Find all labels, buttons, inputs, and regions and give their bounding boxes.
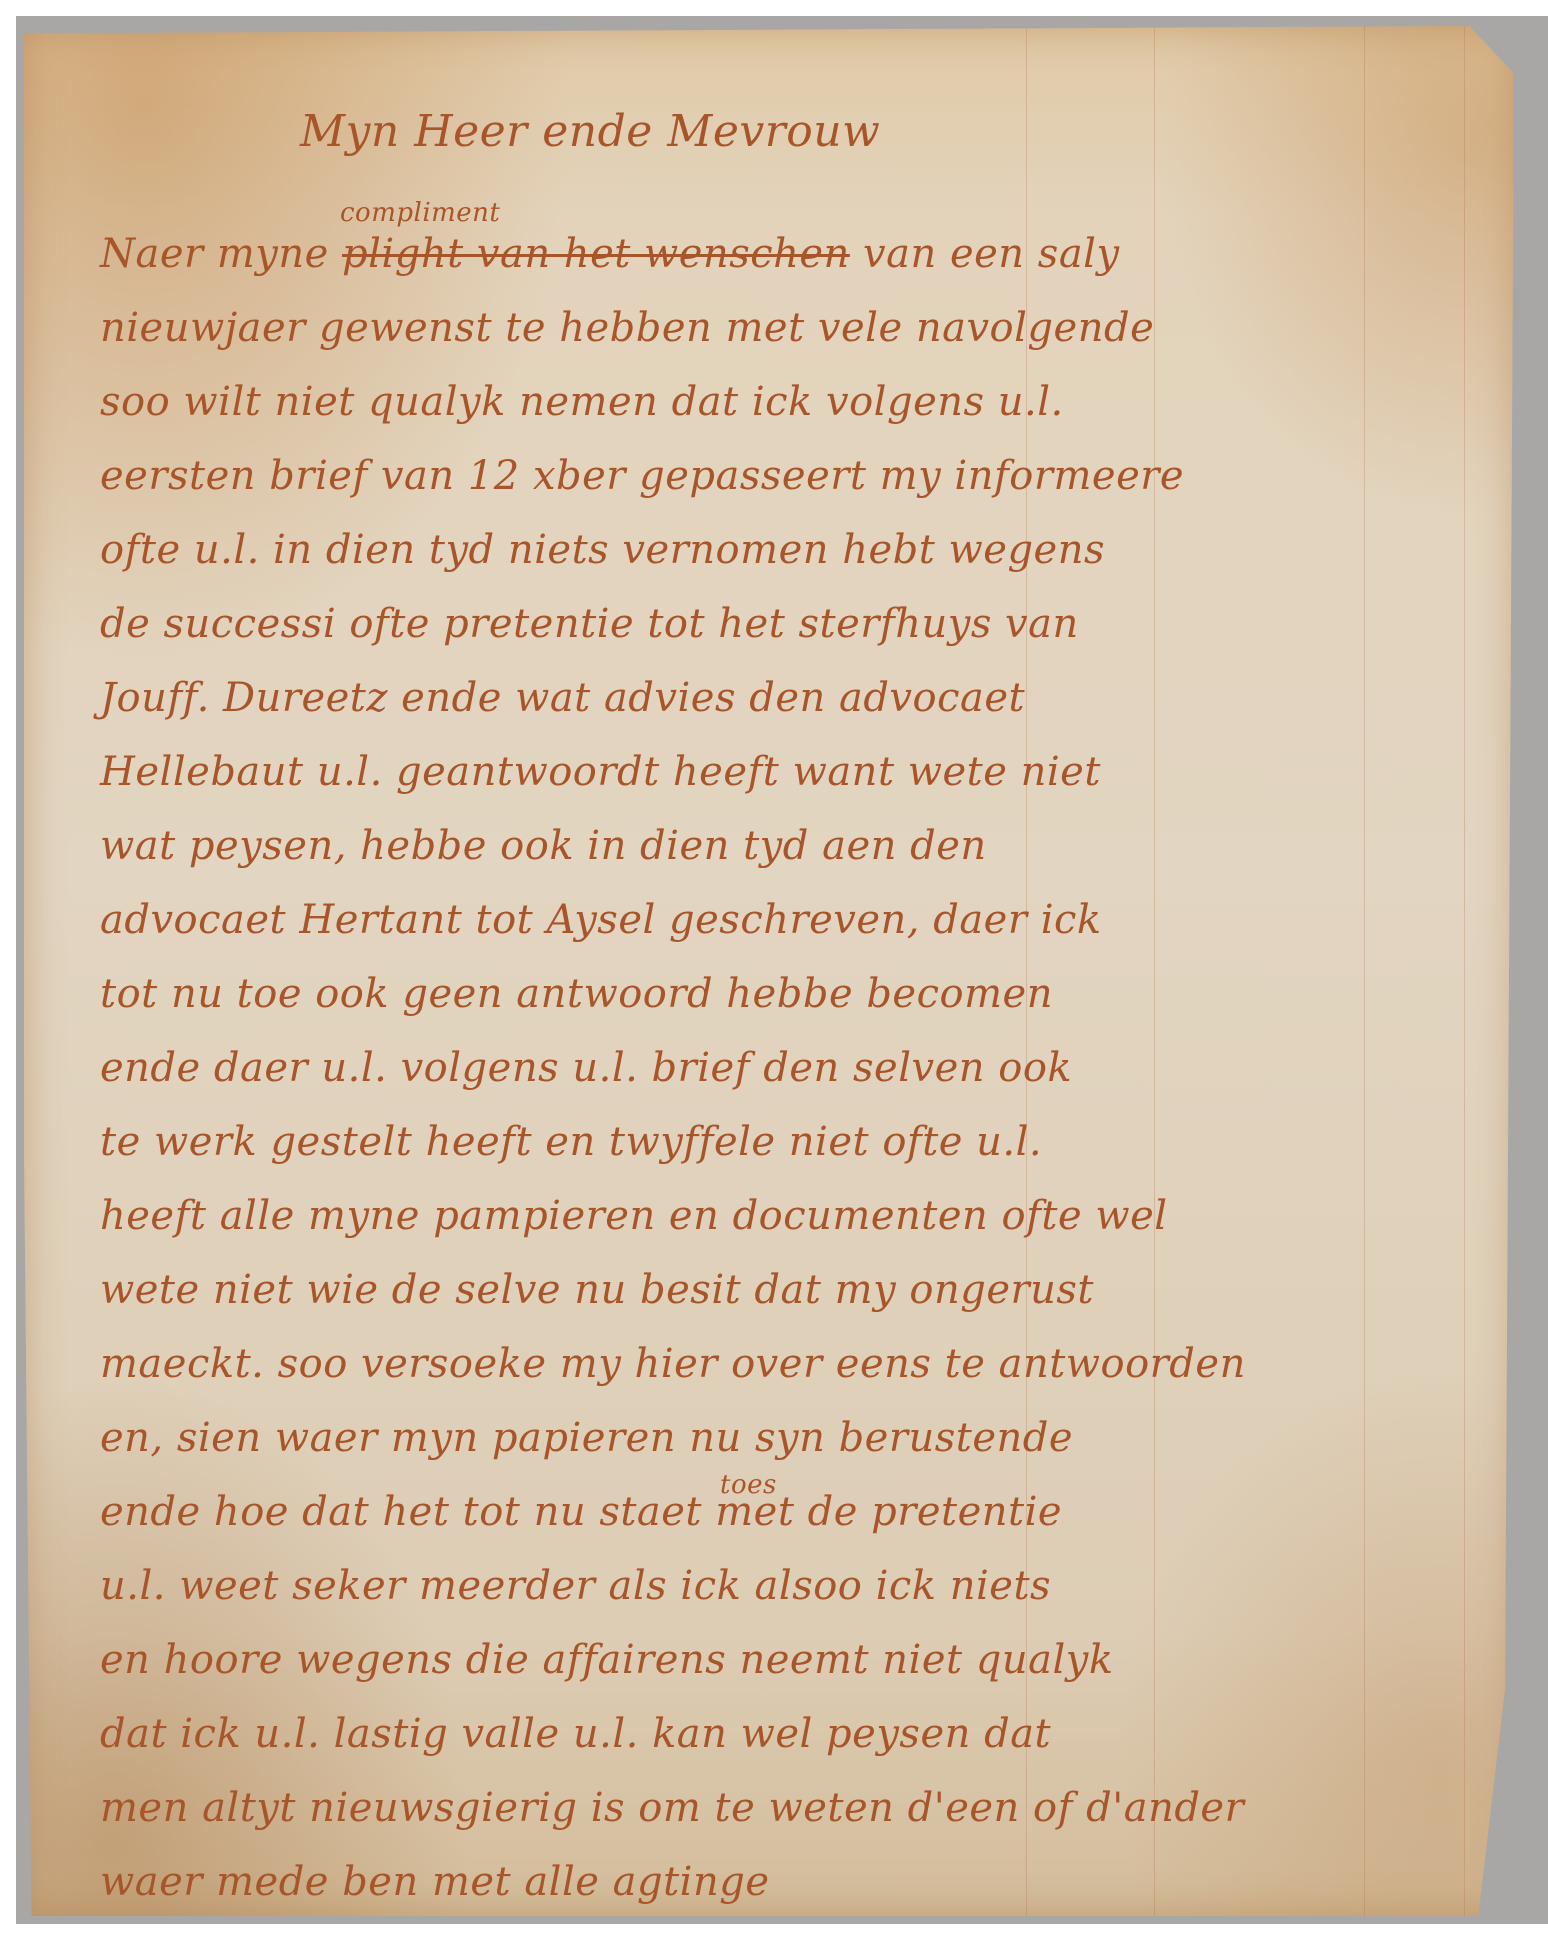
letter-line: de successi ofte pretentie tot het sterf… — [100, 604, 1079, 644]
letter-line: soo wilt niet qualyk nemen dat ick volge… — [100, 382, 1064, 422]
letter-line: ofte u.l. in dien tyd niets vernomen heb… — [100, 530, 1105, 570]
letter-line: maeckt. soo versoeke my hier over eens t… — [100, 1344, 1246, 1384]
letter-line: Naer myne plight van het wenschen van ee… — [100, 234, 1120, 274]
letter-line: waer mede ben met alle agtinge — [100, 1862, 770, 1902]
line-text: staet met de pretentie — [599, 1489, 1062, 1535]
line-text: ende hoe dat het tot nu — [100, 1489, 599, 1535]
letter-line: ende hoe dat het tot nu staet met de pre… — [100, 1492, 1062, 1532]
letter-line: en hoore wegens die affairens neemt niet… — [100, 1640, 1114, 1680]
line-text: van een saly — [850, 231, 1120, 277]
letter-line: nieuwjaer gewenst te hebben met vele nav… — [100, 308, 1154, 348]
letter-line: men altyt nieuwsgierig is om te weten d'… — [100, 1788, 1244, 1828]
struck-text: plight van het wenschen — [342, 231, 850, 277]
insertion-compliment: compliment — [340, 198, 500, 228]
ruled-line — [1364, 26, 1365, 1916]
letter-line: wete niet wie de selve nu besit dat my o… — [100, 1270, 1094, 1310]
letter-line: Jouff. Dureetz ende wat advies den advoc… — [100, 678, 1025, 718]
letter-line: te werk gestelt heeft en twyffele niet o… — [100, 1122, 1042, 1162]
letter-line: heeft alle myne pampieren en documenten … — [100, 1196, 1168, 1236]
ruled-line — [1464, 26, 1465, 1916]
letter-line: eersten brief van 12 xber gepasseert my … — [100, 456, 1184, 496]
letter-line: Hellebaut u.l. geantwoordt heeft want we… — [100, 752, 1101, 792]
line-text: Naer myne — [100, 231, 342, 277]
letter-paper: Myn Heer ende Mevrouw compliment Naer my… — [24, 26, 1514, 1916]
letter-line: advocaet Hertant tot Aysel geschreven, d… — [100, 900, 1102, 940]
letter-line: u.l. weet seker meerder als ick alsoo ic… — [100, 1566, 1051, 1606]
letter-line: wat peysen, hebbe ook in dien tyd aen de… — [100, 826, 987, 866]
letter-line: dat ick u.l. lastig valle u.l. kan wel p… — [100, 1714, 1051, 1754]
salutation: Myn Heer ende Mevrouw — [300, 106, 880, 157]
letter-line: ende daer u.l. volgens u.l. brief den se… — [100, 1048, 1072, 1088]
letter-line: tot nu toe ook geen antwoord hebbe becom… — [100, 974, 1053, 1014]
letter-line: en, sien waer myn papieren nu syn berust… — [100, 1418, 1073, 1458]
